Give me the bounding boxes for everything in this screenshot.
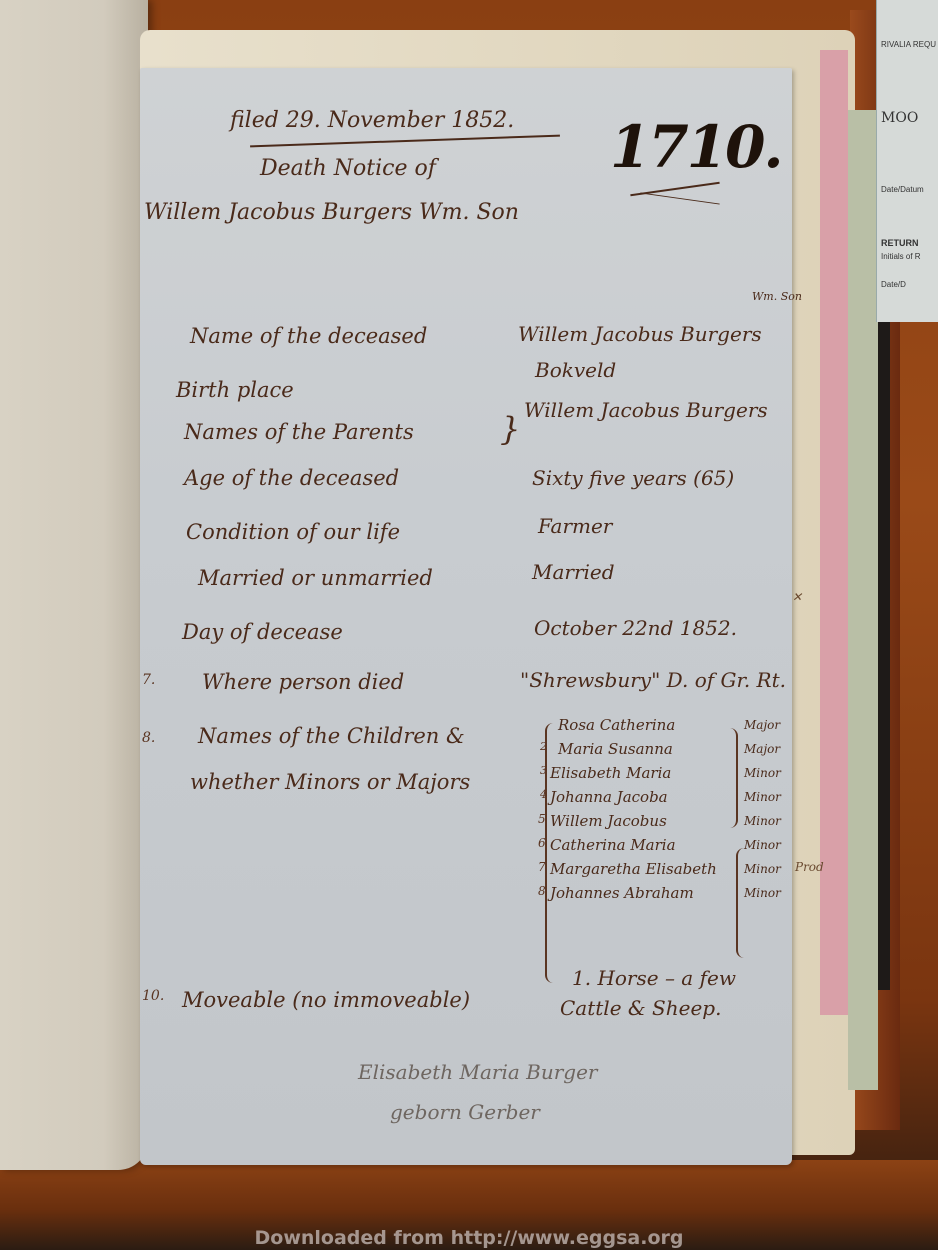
field-value: Married <box>532 560 615 584</box>
field-label: Married or unmarried <box>198 566 433 590</box>
file-number-flourish <box>630 182 719 197</box>
field-value: Sixty five years (65) <box>532 466 734 490</box>
slip-line: RETURN <box>881 238 919 248</box>
slip-line: Initials of R <box>881 252 921 261</box>
slip-line: Date/Datum <box>881 185 924 194</box>
margin-number: 8. <box>142 730 155 746</box>
child-name: Johanna Jacoba <box>550 788 668 806</box>
field-value: Willem Jacobus Burgers <box>518 322 762 346</box>
field-value: October 22nd 1852. <box>534 616 737 640</box>
signature-line1: Elisabeth Maria Burger <box>358 1060 597 1084</box>
request-slip: RIVALIA REQU MOO Date/Datum RETURN Initi… <box>876 0 938 322</box>
field-label: Names of the Parents <box>184 420 414 444</box>
child-name: Catherina Maria <box>550 836 676 854</box>
slip-line: MOO <box>881 110 918 126</box>
child-status: Major <box>744 742 780 756</box>
left-book-page <box>0 0 148 1170</box>
margin-number: 7. <box>142 672 155 688</box>
margin-number: 10. <box>142 988 164 1004</box>
child-status: Minor <box>744 814 781 828</box>
file-number: 1710. <box>610 113 782 181</box>
child-number: 3 <box>540 764 547 777</box>
child-number: 8 <box>538 884 546 898</box>
child-name: Elisabeth Maria <box>550 764 671 782</box>
field-annotation: Wm. Son <box>752 290 802 303</box>
child-number: 6 <box>538 836 546 850</box>
notice-subject: Willem Jacobus Burgers Wm. Son <box>144 200 519 225</box>
child-status: Minor <box>744 766 781 780</box>
child-name: Maria Susanna <box>558 740 673 758</box>
child-number: 4 <box>540 788 547 801</box>
child-status: Minor <box>744 838 781 852</box>
field-label: Name of the deceased <box>190 324 427 348</box>
child-name: Margaretha Elisabeth <box>550 860 717 878</box>
child-name: Rosa Catherina <box>558 716 675 734</box>
green-sheet <box>848 110 878 1090</box>
movable-value-line2: Cattle & Sheep. <box>560 996 721 1020</box>
field-label: whether Minors or Majors <box>190 770 470 794</box>
child-name: Willem Jacobus <box>550 812 667 830</box>
parents-brace: } <box>500 410 520 448</box>
child-status: Major <box>744 718 780 732</box>
field-label: Names of the Children & <box>198 724 465 748</box>
watermark: Downloaded from http://www.eggsa.org <box>0 1227 938 1249</box>
field-value: Bokveld <box>535 358 616 382</box>
movable-value-line1: 1. Horse – a few <box>572 966 736 990</box>
child-status: Minor <box>744 862 781 876</box>
majors-brace <box>728 728 738 828</box>
field-value: Farmer <box>538 514 612 538</box>
field-label: Where person died <box>202 670 404 694</box>
field-value: "Shrewsbury" D. of Gr. Rt. <box>520 668 786 692</box>
child-status: Minor <box>744 886 781 900</box>
death-notice-page: filed 29. November 1852. 1710. Death Not… <box>140 68 792 1165</box>
child-number: 5 <box>538 812 546 826</box>
child-number: 7 <box>538 860 546 874</box>
slip-line: Date/D <box>881 280 906 289</box>
slip-line: RIVALIA REQU <box>881 40 936 49</box>
field-label: Condition of our life <box>186 520 400 544</box>
margin-note: Prod <box>795 860 824 874</box>
child-name: Johannes Abraham <box>550 884 694 902</box>
field-label: Age of the deceased <box>184 466 399 490</box>
field-label: Day of decease <box>182 620 343 644</box>
movable-label: Moveable (no immoveable) <box>182 988 470 1012</box>
notice-title: Death Notice of <box>260 156 436 181</box>
child-number: 2 <box>540 740 547 753</box>
filed-underline <box>250 135 560 148</box>
margin-note: ✕ <box>792 590 802 604</box>
field-value: Willem Jacobus Burgers <box>524 398 768 422</box>
filed-date: filed 29. November 1852. <box>230 108 514 133</box>
field-label: Birth place <box>176 378 294 402</box>
pink-sheet <box>820 50 848 1015</box>
child-status: Minor <box>744 790 781 804</box>
signature-line2: geborn Gerber <box>390 1100 540 1124</box>
file-number-flourish <box>640 192 719 204</box>
